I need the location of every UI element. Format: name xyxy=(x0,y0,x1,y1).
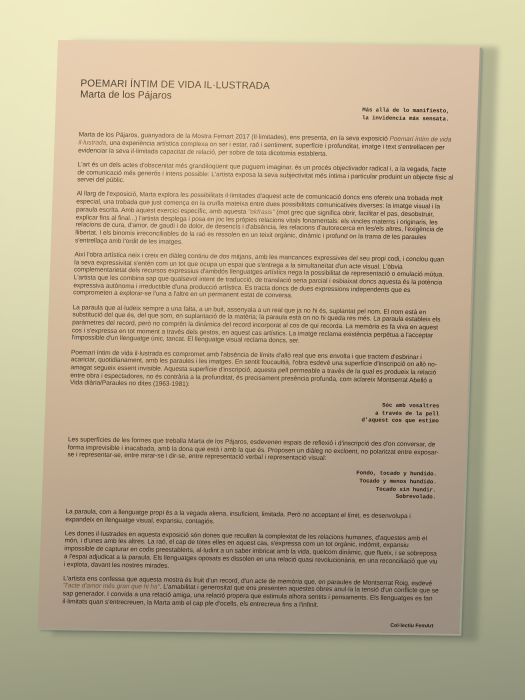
body-section-1: Marta de los Pájaros, guanyadora de la M… xyxy=(70,132,455,393)
body-paragraph: L'artista ens confessa que aquesta mostr… xyxy=(62,575,439,611)
body-paragraph: Així l'obra artística neix i creix en di… xyxy=(73,251,450,302)
quoted-verse-abello: Sóc amb vosaltres a través de la pell d'… xyxy=(69,397,440,425)
body-section-2: Les superfícies de les formes que trebal… xyxy=(67,436,444,464)
quoted-verse-fondo: Fondo, tocado y hundido. Tocado y menos … xyxy=(66,466,437,502)
body-paragraph: L'art és un dels actes d'obscenitat més … xyxy=(77,161,454,189)
body-paragraph: Al llarg de l'exposició, Marta explora l… xyxy=(75,191,453,250)
signature: Col·lectiu FemArt xyxy=(62,618,434,629)
body-paragraph: Les superfícies de les formes que trebal… xyxy=(67,436,444,464)
body-paragraph: La paraula, com a llenguatge propi és a … xyxy=(65,508,441,529)
body-paragraph: Marta de los Pájaros, guanyadora de la M… xyxy=(78,132,455,160)
body-section-3: La paraula, com a llenguatge propi és a … xyxy=(62,508,441,611)
epigraph: Más allá de lo manifiesto, la invidencia… xyxy=(79,102,449,122)
italic-quote: "ekfrasis" xyxy=(248,209,275,216)
body-paragraph: Les dones il·lustrades en aquesta exposi… xyxy=(64,530,441,574)
exhibition-text-panel: POEMARI ÍNTIM DE VIDA IL·LUSTRADA Marta … xyxy=(37,40,479,634)
body-paragraph: Poemari íntim de vida il·lustrada es com… xyxy=(70,349,447,393)
body-paragraph: La paraula que al·ludeix sempre a una fa… xyxy=(71,304,448,348)
